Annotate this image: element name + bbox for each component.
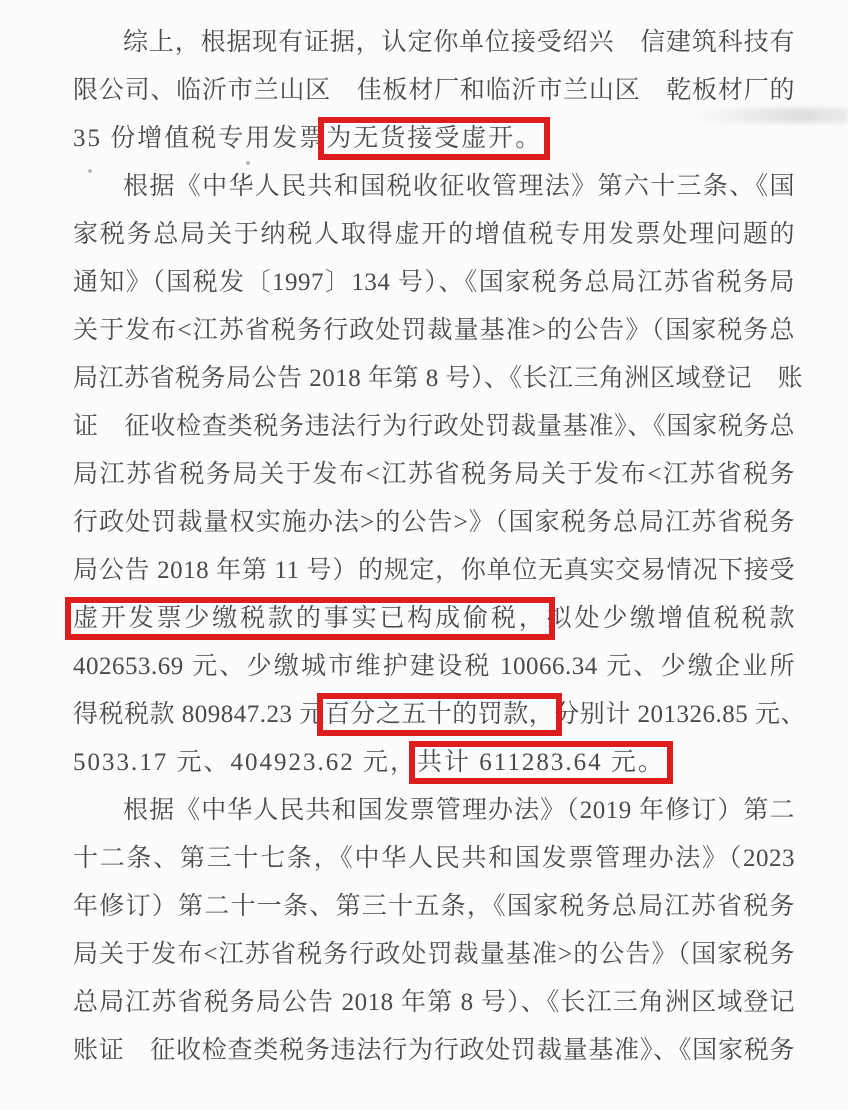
document-text: 综上，根据现有证据，认定你单位接受绍兴 信建筑科技有限公司、临沂市兰山区 佳板材…: [73, 19, 795, 1075]
text-segment: 局江苏省税务局公告 2018 年第 8 号）、《长江三角洲区域登记 账: [73, 365, 803, 392]
highlight-box: 百分之五十的罚款，: [325, 701, 555, 728]
document-page: 综上，根据现有证据，认定你单位接受绍兴 信建筑科技有限公司、临沂市兰山区 佳板材…: [0, 0, 848, 1111]
text-line: 账证 征收检查类税务违法行为行政处罚裁量基准》、《国家税务: [73, 1027, 795, 1075]
text-segment: 5033.17 元、404923.62 元，: [73, 749, 417, 776]
text-line: 证 征收检查类税务违法行为行政处罚裁量基准》、《国家税务总: [73, 403, 795, 451]
text-line: 得税税款 809847.23 元百分之五十的罚款，分别计 201326.85 元…: [73, 691, 795, 739]
text-segment: 通知》（国税发〔1997〕134 号）、《国家税务总局江苏省税务局: [73, 269, 795, 296]
text-line: 通知》（国税发〔1997〕134 号）、《国家税务总局江苏省税务局: [73, 259, 795, 307]
text-segment: 年修订）第二十一条、第三十五条，《国家税务总局江苏省税务: [73, 893, 795, 920]
text-segment: 局公告 2018 年第 11 号）的规定，你单位无真实交易情况下接受: [73, 557, 795, 584]
text-segment: 35 份增值税专用发票: [73, 125, 326, 152]
text-line: 局江苏省税务局关于发布<江苏省税务局关于发布<江苏省税务: [73, 451, 795, 499]
text-line: 行政处罚裁量权实施办法>的公告>》（国家税务总局江苏省税务: [73, 499, 795, 547]
highlight-box: 为无货接受虚开。: [326, 125, 542, 152]
text-line: 根据《中华人民共和国税收征收管理法》第六十三条、《国: [73, 163, 795, 211]
highlight-box: 共计 611283.64 元。: [417, 749, 665, 776]
text-segment: 关于发布<江苏省税务行政处罚裁量基准>的公告》（国家税务总: [73, 317, 795, 344]
text-segment: 综上，根据现有证据，认定你单位接受绍兴 信建筑科技有: [123, 29, 795, 56]
text-segment: 根据《中华人民共和国税收征收管理法》第六十三条、《国: [123, 173, 795, 200]
text-line: 十二条、第三十七条，《中华人民共和国发票管理办法》（2023: [73, 835, 795, 883]
text-line: 年修订）第二十一条、第三十五条，《国家税务总局江苏省税务: [73, 883, 795, 931]
text-segment: 十二条、第三十七条，《中华人民共和国发票管理办法》（2023: [73, 845, 795, 872]
text-segment: 局江苏省税务局关于发布<江苏省税务局关于发布<江苏省税务: [73, 461, 795, 488]
text-segment: 拟处少缴增值税税款: [547, 605, 795, 632]
text-segment: 家税务总局关于纳税人取得虚开的增值税专用发票处理问题的: [73, 221, 795, 248]
text-segment: 限公司、临沂市兰山区 佳板材厂和临沂市兰山区 乾板材厂的: [73, 77, 795, 104]
text-segment: 总局江苏省税务局公告 2018 年第 8 号）、《长江三角洲区域登记: [73, 989, 795, 1016]
text-segment: 行政处罚裁量权实施办法>的公告>》（国家税务总局江苏省税务: [73, 509, 795, 536]
text-segment: 证 征收检查类税务违法行为行政处罚裁量基准》、《国家税务总: [73, 413, 795, 440]
text-line: 局关于发布<江苏省税务行政处罚裁量基准>的公告》（国家税务: [73, 931, 795, 979]
text-line: 根据《中华人民共和国发票管理办法》（2019 年修订）第二: [73, 787, 795, 835]
text-line: 5033.17 元、404923.62 元，共计 611283.64 元。: [73, 739, 795, 787]
text-segment: 账证 征收检查类税务违法行为行政处罚裁量基准》、《国家税务: [73, 1037, 795, 1064]
text-line: 局江苏省税务局公告 2018 年第 8 号）、《长江三角洲区域登记 账: [73, 355, 795, 403]
text-line: 虚开发票少缴税款的事实已构成偷税，拟处少缴增值税税款: [73, 595, 795, 643]
text-line: 402653.69 元、少缴城市维护建设税 10066.34 元、少缴企业所: [73, 643, 795, 691]
text-line: 总局江苏省税务局公告 2018 年第 8 号）、《长江三角洲区域登记: [73, 979, 795, 1027]
text-line: 综上，根据现有证据，认定你单位接受绍兴 信建筑科技有: [73, 19, 795, 67]
text-line: 局公告 2018 年第 11 号）的规定，你单位无真实交易情况下接受: [73, 547, 795, 595]
text-segment: 402653.69 元、少缴城市维护建设税 10066.34 元、少缴企业所: [73, 653, 795, 680]
highlight-box: 虚开发票少缴税款的事实已构成偷税，: [73, 605, 547, 632]
text-line: 家税务总局关于纳税人取得虚开的增值税专用发票处理问题的: [73, 211, 795, 259]
text-line: 关于发布<江苏省税务行政处罚裁量基准>的公告》（国家税务总: [73, 307, 795, 355]
text-segment: 根据《中华人民共和国发票管理办法》（2019 年修订）第二: [123, 797, 795, 824]
text-segment: 得税税款 809847.23 元: [73, 701, 325, 728]
text-segment: 分别计 201326.85 元、: [554, 701, 806, 728]
text-line: 35 份增值税专用发票为无货接受虚开。: [73, 115, 795, 163]
text-segment: 局关于发布<江苏省税务行政处罚裁量基准>的公告》（国家税务: [73, 941, 795, 968]
text-line: 限公司、临沂市兰山区 佳板材厂和临沂市兰山区 乾板材厂的: [73, 67, 795, 115]
